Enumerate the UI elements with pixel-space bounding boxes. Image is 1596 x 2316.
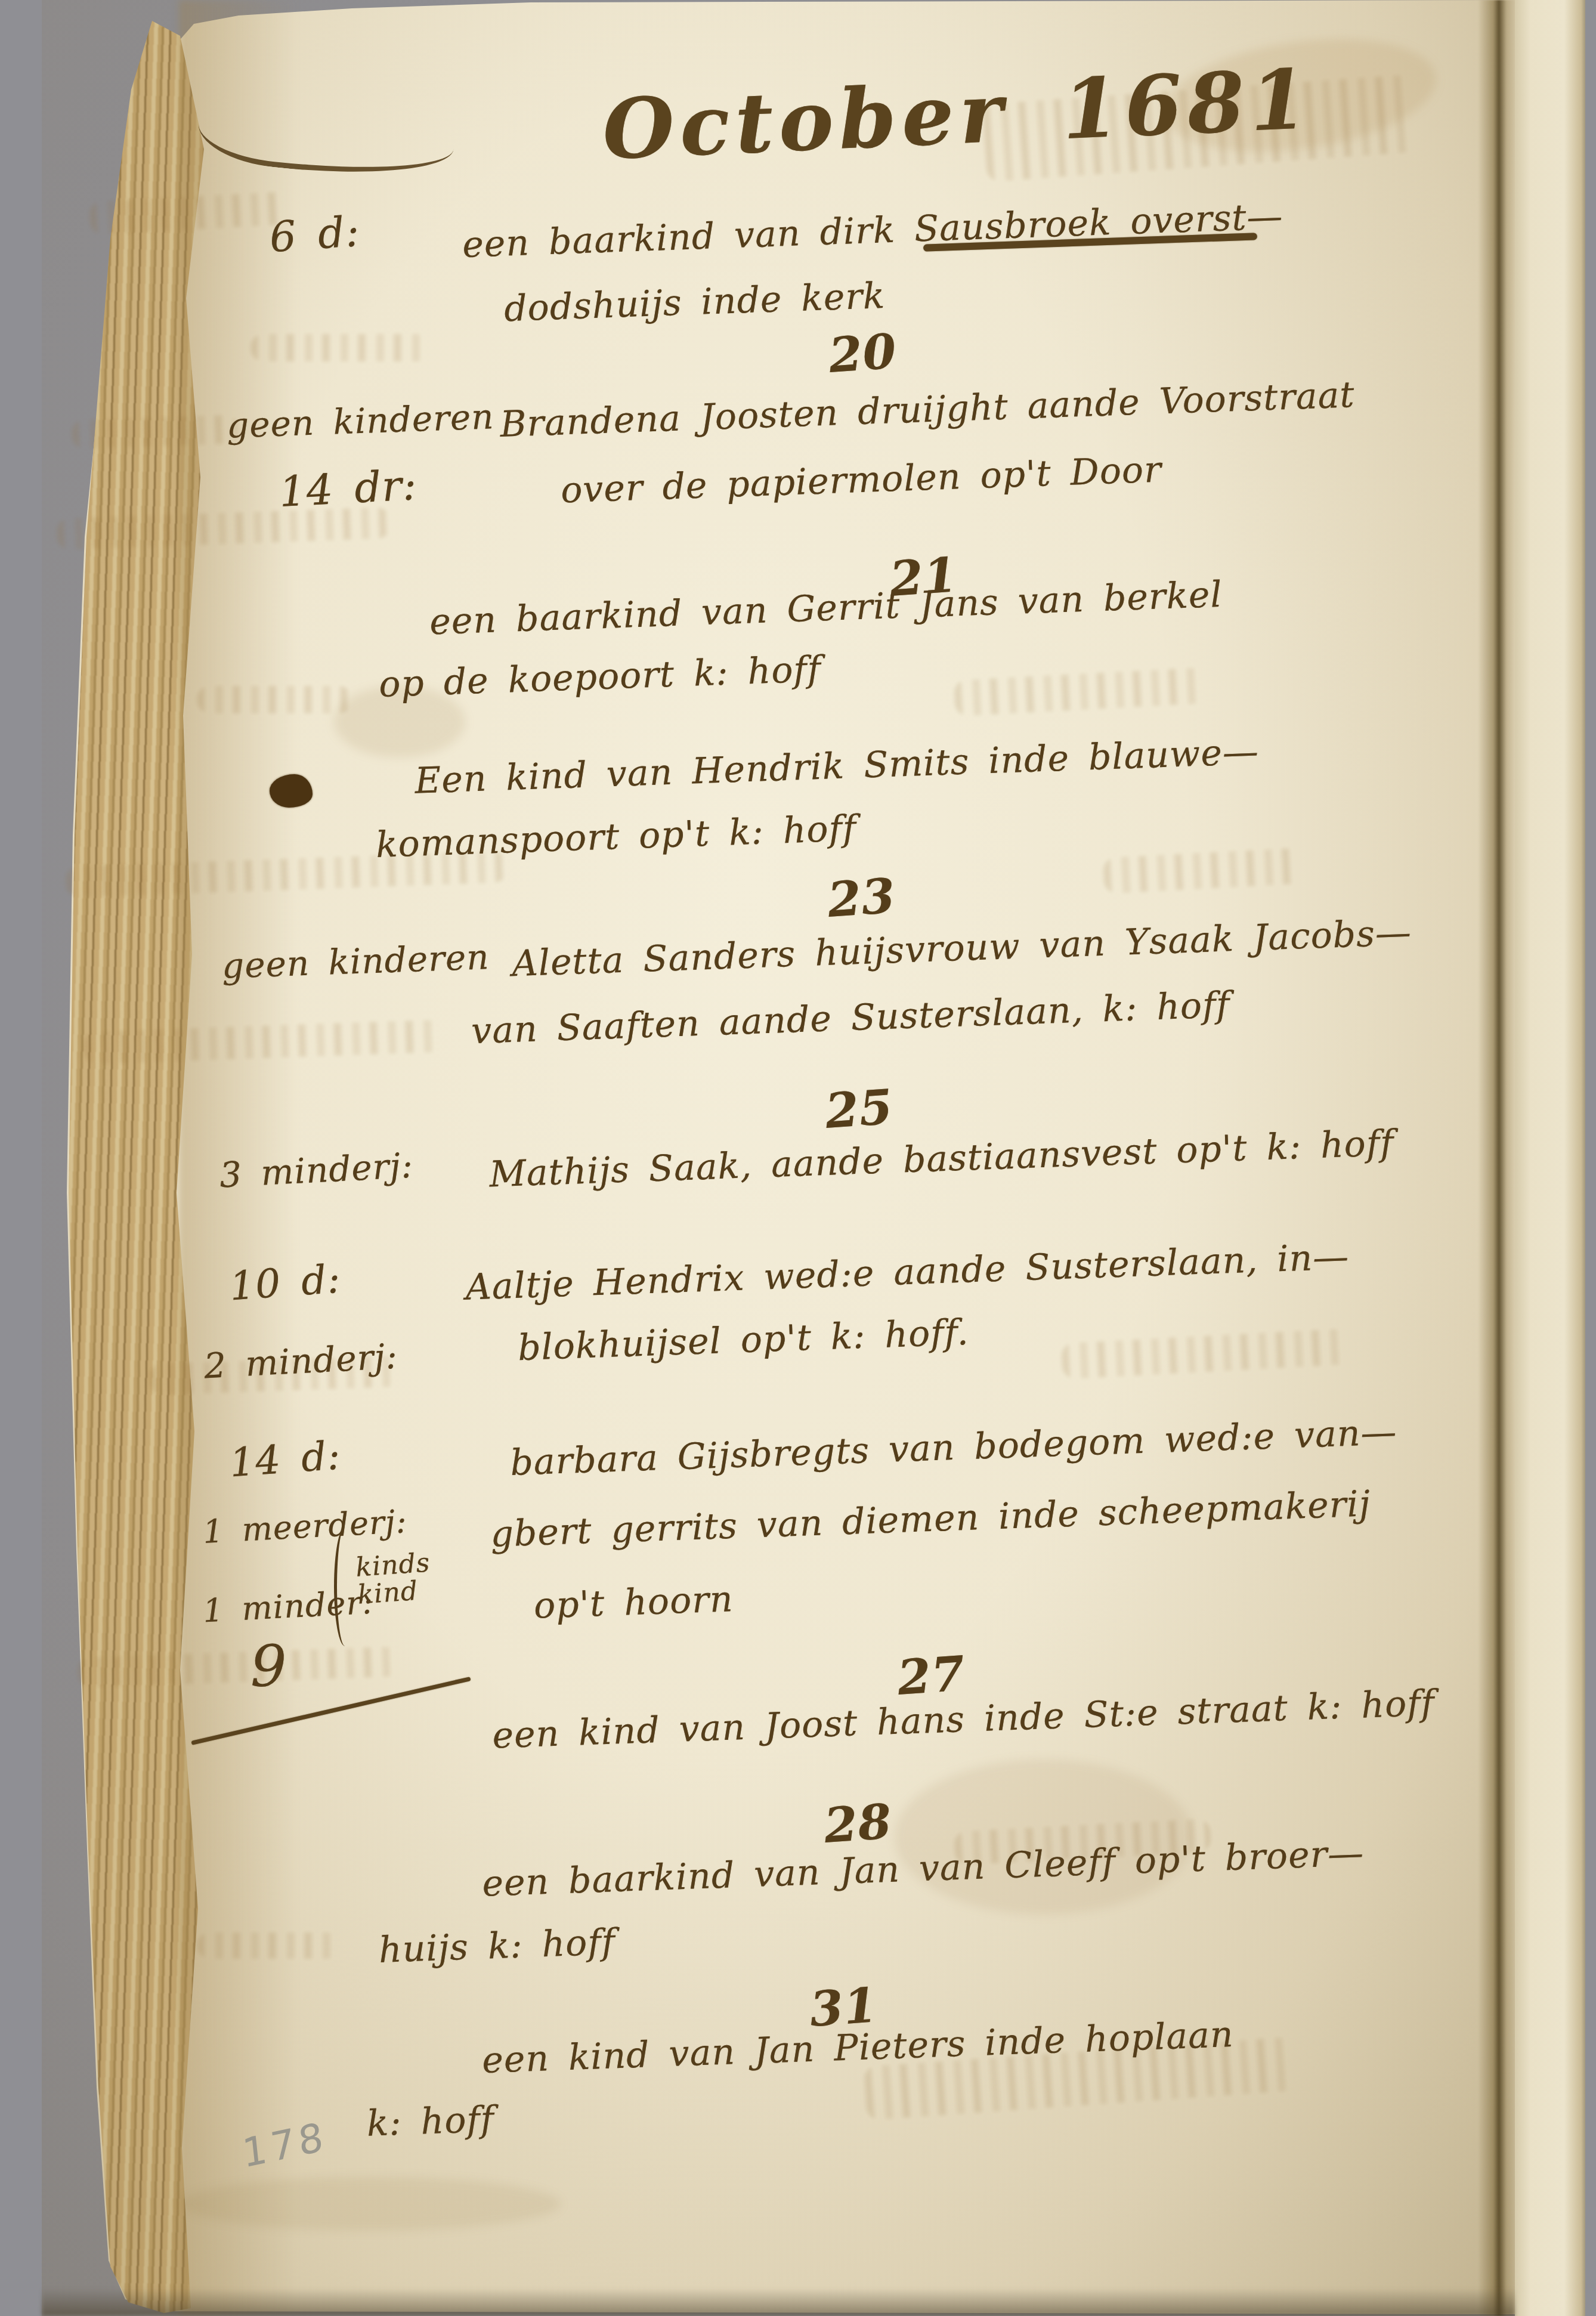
next-page-edge — [1515, 0, 1585, 2316]
binding-gutter-crease — [1478, 0, 1516, 2316]
entry-8-margin-date: 14 d: — [228, 1433, 342, 1486]
day-number-23: 23 — [826, 867, 898, 928]
day-number-27: 27 — [896, 1645, 967, 1706]
bottom-edge-shadow — [42, 2288, 1515, 2316]
paper-stain — [179, 2177, 561, 2231]
bleedthrough-smudge — [250, 334, 429, 361]
day-number-28: 28 — [822, 1793, 894, 1854]
deleted-mark-loop: 9 — [250, 1634, 287, 1700]
entry-10-line-2: huijs k: hoff — [378, 1921, 616, 1971]
entry-8-line-3: op't hoorn — [533, 1578, 734, 1627]
entry-2-margin-date: 14 dr: — [278, 460, 418, 517]
day-number-25: 25 — [824, 1078, 895, 1139]
ink-blot — [270, 774, 313, 808]
bleedthrough-smudge — [197, 686, 352, 713]
day-number-20: 20 — [827, 323, 899, 384]
bleedthrough-smudge — [71, 415, 239, 449]
entry-7-margin-date: 10 d: — [228, 1256, 342, 1310]
entry-8-margin-note-3: kinds kind — [355, 1547, 460, 1609]
entry-1-margin-date: 6 d: — [268, 207, 361, 262]
margin-brace — [334, 1527, 352, 1646]
entry-11-line-2: k: hoff — [366, 2098, 495, 2144]
bleedthrough-smudge — [197, 1932, 340, 1959]
